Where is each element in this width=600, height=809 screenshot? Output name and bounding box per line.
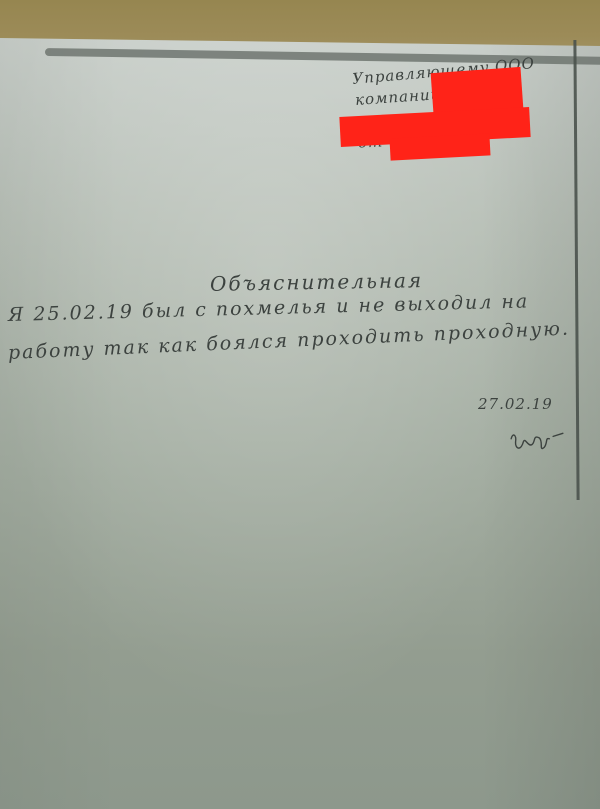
signature — [506, 425, 569, 466]
document-date: 27.02.19 — [478, 395, 553, 413]
paper-shading — [0, 34, 600, 809]
document-title: Объяснительная — [210, 268, 424, 296]
paper-sheet — [0, 34, 600, 809]
signature-scribble-icon — [506, 425, 569, 461]
